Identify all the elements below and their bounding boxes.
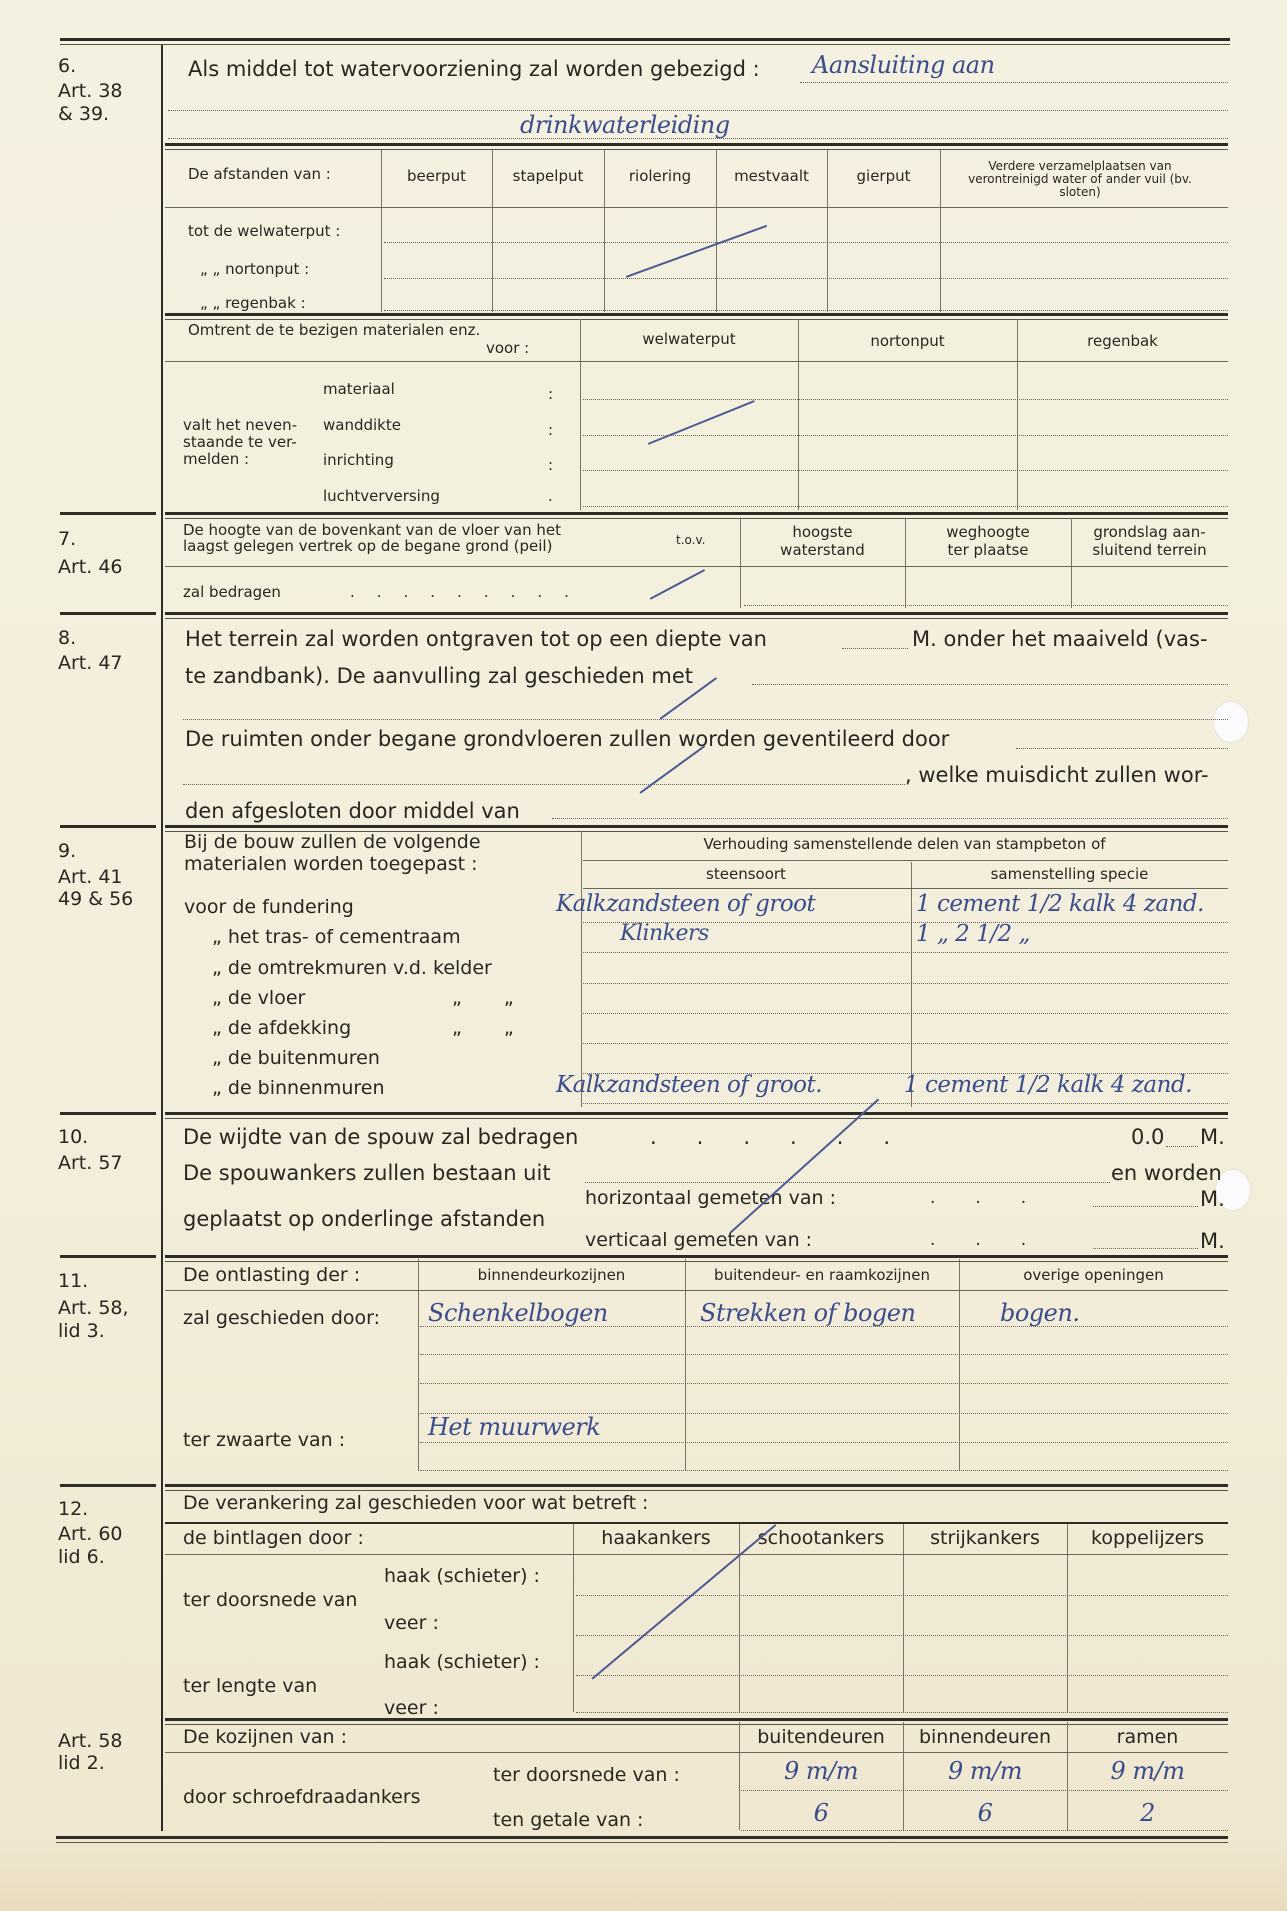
section-9-article2: 49 & 56 bbox=[58, 888, 133, 911]
steensoort-value[interactable]: Kalkzandsteen of groot bbox=[556, 891, 815, 917]
spouw-value[interactable]: 0.0 bbox=[1131, 1125, 1164, 1149]
col-buitendeurkozijnen: buitendeur- en raamkozijnen bbox=[685, 1267, 959, 1284]
rule bbox=[60, 825, 156, 828]
zwaarte-value[interactable]: Het muurwerk bbox=[428, 1414, 600, 1440]
col-nortonput: nortonput bbox=[798, 333, 1017, 350]
col-riolering: riolering bbox=[604, 168, 716, 185]
dotted-line bbox=[576, 1675, 1228, 1676]
dotted-line bbox=[183, 784, 905, 785]
row-luchtverversing: luchtverversing bbox=[323, 488, 440, 505]
rule bbox=[583, 888, 1228, 889]
dotted-line bbox=[576, 1712, 1228, 1713]
water-supply-value-2[interactable]: drinkwaterleiding bbox=[520, 112, 730, 138]
dotted-line bbox=[583, 1013, 1228, 1014]
s9-intro-1: Bij de bouw zullen de volgende bbox=[184, 832, 481, 852]
margin-divider bbox=[161, 44, 163, 1831]
dotted-line bbox=[1166, 1146, 1198, 1147]
col-koppelijzers: koppelijzers bbox=[1067, 1528, 1228, 1548]
section-12-number: 12. bbox=[58, 1498, 88, 1521]
dotted-line bbox=[583, 506, 1228, 507]
doorsnede-ramen[interactable]: 9 m/m bbox=[1067, 1758, 1228, 1784]
s8-line5: den afgesloten door middel van bbox=[185, 799, 520, 823]
s8-line3: De ruimten onder begane grondvloeren zul… bbox=[185, 727, 949, 751]
s10-unit-1: M. bbox=[1200, 1125, 1225, 1149]
section-12-article2: lid 6. bbox=[58, 1546, 105, 1569]
dotted-line bbox=[744, 605, 1228, 606]
punch-hole bbox=[1214, 702, 1248, 742]
rule bbox=[60, 1484, 156, 1487]
s10-unit-2: M. bbox=[1200, 1187, 1225, 1211]
section-10-number: 10. bbox=[58, 1126, 88, 1149]
section-9-number: 9. bbox=[58, 840, 76, 863]
col-line bbox=[940, 150, 941, 312]
dotted-line bbox=[420, 1383, 1228, 1384]
water-supply-value-1[interactable]: Aansluiting aan bbox=[812, 52, 995, 78]
material-row-label: „ het tras- of cementraam bbox=[212, 927, 461, 947]
art58-article2: lid 2. bbox=[58, 1752, 105, 1775]
distances-header: De afstanden van : bbox=[188, 166, 331, 183]
col-hoogste-2: waterstand bbox=[740, 542, 905, 559]
rule bbox=[60, 612, 156, 615]
section-10-article: Art. 57 bbox=[58, 1152, 123, 1175]
paper-edge bbox=[0, 1840, 1287, 1911]
col-haakankers: haakankers bbox=[573, 1528, 739, 1548]
lengte-label: ter lengte van bbox=[183, 1676, 317, 1696]
rule bbox=[165, 1718, 1228, 1725]
s9-intro-2: materialen worden toegepast : bbox=[184, 854, 478, 874]
row-wanddikte: wanddikte bbox=[323, 417, 401, 434]
rule bbox=[60, 512, 156, 515]
doorsnede-buitendeuren[interactable]: 9 m/m bbox=[739, 1758, 903, 1784]
col-steensoort: steensoort bbox=[581, 866, 911, 883]
ontlasting-binnendeur[interactable]: Schenkelbogen bbox=[428, 1300, 608, 1326]
dotted-line bbox=[1016, 748, 1228, 749]
rule bbox=[165, 1484, 1228, 1491]
ak-doorsnede-label: ter doorsnede van : bbox=[493, 1765, 680, 1785]
row-inrichting: inrichting bbox=[323, 452, 394, 469]
section-7-article: Art. 46 bbox=[58, 556, 123, 579]
col-grondslag-1: grondslag aan- bbox=[1071, 524, 1228, 541]
steensoort-value[interactable]: Kalkzandsteen of groot. bbox=[556, 1072, 822, 1098]
section-6-article2: & 39. bbox=[58, 103, 109, 126]
verankering-label: De verankering zal geschieden voor wat b… bbox=[183, 1493, 648, 1513]
section-9-article: Art. 41 bbox=[58, 866, 123, 889]
dotted-line bbox=[576, 1635, 1228, 1636]
col-specie: samenstelling specie bbox=[911, 866, 1228, 883]
doorsnede-label: ter doorsnede van bbox=[183, 1590, 357, 1610]
col-buitendeuren: buitendeuren bbox=[739, 1727, 903, 1747]
getale-buitendeuren[interactable]: 6 bbox=[739, 1800, 903, 1826]
rule bbox=[165, 512, 1228, 519]
ontlasting-label: De ontlasting der : bbox=[183, 1265, 360, 1285]
dotted-line bbox=[1093, 1248, 1198, 1249]
section-7-number: 7. bbox=[58, 528, 76, 551]
schroefdraad-label: door schroefdraadankers bbox=[183, 1787, 421, 1807]
materials-intro-2: staande te ver- bbox=[183, 434, 297, 451]
specie-value[interactable]: 1 „ 2 1/2 „ bbox=[916, 921, 1030, 947]
geschieden-label: zal geschieden door: bbox=[183, 1308, 380, 1328]
section-8-article: Art. 47 bbox=[58, 652, 123, 675]
art58-article: Art. 58 bbox=[58, 1730, 123, 1753]
col-hoogste-1: hoogste bbox=[740, 524, 905, 541]
col-line bbox=[573, 1524, 574, 1712]
rule bbox=[583, 860, 1228, 861]
col-verdere: Verdere verzamelplaatsen van verontreini… bbox=[965, 160, 1195, 199]
kozijnen-label: De kozijnen van : bbox=[183, 1727, 347, 1747]
material-row-label: „ de omtrekmuren v.d. kelder bbox=[212, 958, 492, 978]
rule bbox=[60, 1255, 156, 1258]
material-row-label: „ de afdekking bbox=[212, 1018, 351, 1038]
col-ramen: ramen bbox=[1067, 1727, 1228, 1747]
row-nortonput: „ „ nortonput : bbox=[200, 261, 309, 278]
rule bbox=[165, 1255, 1228, 1262]
s9-table-header: Verhouding samenstellende delen van stam… bbox=[581, 836, 1228, 853]
bottom-rule bbox=[56, 1836, 1228, 1843]
dotted-line bbox=[583, 983, 1228, 984]
ontlasting-overige[interactable]: bogen. bbox=[1000, 1300, 1079, 1326]
col-beerput: beerput bbox=[381, 168, 492, 185]
rule bbox=[165, 1522, 1228, 1524]
s10-verticaal: verticaal gemeten van : bbox=[585, 1230, 812, 1250]
dotted-line bbox=[183, 719, 1228, 720]
getale-binnendeuren[interactable]: 6 bbox=[903, 1800, 1067, 1826]
rule bbox=[165, 313, 1228, 320]
material-row-label: „ de buitenmuren bbox=[212, 1048, 380, 1068]
s10-line2-end: en worden bbox=[1111, 1161, 1222, 1185]
col-line bbox=[1067, 1524, 1068, 1712]
dotted-line bbox=[752, 684, 1228, 685]
col-binnendeuren: binnendeuren bbox=[903, 1727, 1067, 1747]
col-overige: overige openingen bbox=[959, 1267, 1228, 1284]
s8-line2: te zandbank). De aanvulling zal geschied… bbox=[185, 664, 693, 688]
dotted-line bbox=[741, 1830, 1228, 1831]
ak-getale-label: ten getale van : bbox=[493, 1810, 643, 1830]
dotted-line bbox=[1093, 1206, 1198, 1207]
rule bbox=[60, 1112, 156, 1115]
zwaarte-label: ter zwaarte van : bbox=[183, 1430, 345, 1450]
dotted-line bbox=[552, 818, 1228, 819]
row-regenbak: „ „ regenbak : bbox=[200, 295, 306, 312]
haak-label-2: haak (schieter) : bbox=[384, 1652, 540, 1672]
rule bbox=[165, 207, 1228, 208]
col-weghoogte-1: weghoogte bbox=[905, 524, 1071, 541]
form-page bbox=[0, 0, 1287, 1911]
dotted-line bbox=[741, 1790, 1228, 1791]
dotted-line bbox=[583, 1043, 1228, 1044]
material-row-label: voor de fundering bbox=[184, 897, 354, 917]
dotted-line bbox=[842, 648, 908, 649]
dotted-line bbox=[576, 1595, 1228, 1596]
col-mestvaalt: mestvaalt bbox=[716, 168, 827, 185]
materials-voor: voor : bbox=[486, 340, 529, 357]
rule bbox=[165, 1112, 1228, 1119]
dotted-line bbox=[585, 1182, 1110, 1183]
rule bbox=[165, 361, 1228, 362]
height-text-2: laagst gelegen vertrek op de begane gron… bbox=[183, 538, 552, 555]
row-materiaal: materiaal bbox=[323, 381, 395, 398]
section-8-number: 8. bbox=[58, 627, 76, 650]
materials-intro-1: valt het neven- bbox=[183, 417, 297, 434]
material-row-label: „ de binnenmuren bbox=[212, 1078, 385, 1098]
s10-horizontaal: horizontaal gemeten van : bbox=[585, 1188, 836, 1208]
veer-label-2: veer : bbox=[384, 1698, 439, 1718]
dotted-line bbox=[420, 1442, 1228, 1443]
col-weghoogte-2: ter plaatse bbox=[905, 542, 1071, 559]
specie-value[interactable]: 1 cement 1/2 kalk 4 zand. bbox=[904, 1072, 1192, 1098]
dotted-line bbox=[420, 1470, 1228, 1471]
section-6-number: 6. bbox=[58, 55, 76, 78]
materials-header: Omtrent de te bezigen materialen enz. bbox=[188, 322, 480, 339]
section-11-number: 11. bbox=[58, 1270, 88, 1293]
dotted-line bbox=[384, 242, 1228, 243]
col-welwaterput: welwaterput bbox=[580, 331, 798, 348]
section-11-article: Art. 58, bbox=[58, 1297, 129, 1320]
getale-ramen[interactable]: 2 bbox=[1067, 1800, 1228, 1826]
steensoort-value[interactable]: Klinkers bbox=[620, 921, 709, 947]
dotted-line bbox=[583, 952, 1228, 953]
rule bbox=[741, 1752, 1228, 1753]
col-grondslag-2: sluitend terrein bbox=[1071, 542, 1228, 559]
dotted-line bbox=[800, 82, 1228, 83]
ditto-marks: „ „ bbox=[452, 1018, 532, 1038]
ditto-marks: „ „ bbox=[452, 988, 532, 1008]
rule bbox=[165, 612, 1228, 619]
s10-line1: De wijdte van de spouw zal bedragen bbox=[183, 1125, 578, 1149]
s8-line1a: Het terrein zal worden ontgraven tot op … bbox=[185, 627, 767, 651]
col-gierput: gierput bbox=[827, 168, 940, 185]
rule bbox=[165, 566, 1228, 567]
tov-label: t.o.v. bbox=[676, 534, 705, 547]
dotted-line bbox=[583, 435, 1228, 436]
zal-bedragen: zal bedragen bbox=[183, 584, 281, 601]
row-welwaterput: tot de welwaterput : bbox=[188, 223, 340, 240]
col-line bbox=[903, 1524, 904, 1712]
s8-line1b: M. onder het maaiveld (vas- bbox=[912, 627, 1208, 651]
haak-label-1: haak (schieter) : bbox=[384, 1566, 540, 1586]
s10-unit-3: M. bbox=[1200, 1229, 1225, 1253]
s10-line3: geplaatst op onderlinge afstanden bbox=[183, 1207, 545, 1231]
doorsnede-binnendeuren[interactable]: 9 m/m bbox=[903, 1758, 1067, 1784]
specie-value[interactable]: 1 cement 1/2 kalk 4 zand. bbox=[916, 891, 1204, 917]
material-row-label: „ de vloer bbox=[212, 988, 305, 1008]
dotted-line bbox=[420, 1354, 1228, 1355]
col-stapelput: stapelput bbox=[492, 168, 604, 185]
s8-line4: , welke muisdicht zullen wor- bbox=[905, 763, 1209, 787]
col-strijkankers: strijkankers bbox=[903, 1528, 1067, 1548]
veer-label-1: veer : bbox=[384, 1613, 439, 1633]
dotted-line bbox=[583, 470, 1228, 471]
col-regenbak: regenbak bbox=[1017, 333, 1228, 350]
s10-line2: De spouwankers zullen bestaan uit bbox=[183, 1161, 551, 1185]
rule bbox=[165, 143, 1228, 150]
dotted-line bbox=[583, 399, 1228, 400]
section-12-article: Art. 60 bbox=[58, 1523, 123, 1546]
rule bbox=[165, 1554, 1228, 1555]
col-schootankers: schootankers bbox=[739, 1528, 903, 1548]
col-line bbox=[911, 862, 912, 1107]
dotted-line bbox=[384, 310, 1228, 311]
dotted-line bbox=[420, 1326, 1228, 1327]
rule bbox=[165, 1290, 1228, 1291]
dotted-line bbox=[384, 278, 1228, 279]
bintlagen-label: de bintlagen door : bbox=[183, 1528, 364, 1548]
dotted-line bbox=[583, 1103, 1228, 1104]
water-supply-label: Als middel tot watervoorziening zal word… bbox=[188, 57, 760, 81]
materials-intro-3: melden : bbox=[183, 451, 249, 468]
ontlasting-buitendeur[interactable]: Strekken of bogen bbox=[700, 1300, 915, 1326]
section-6-article: Art. 38 bbox=[58, 80, 123, 103]
section-11-article2: lid 3. bbox=[58, 1320, 105, 1343]
top-rule bbox=[60, 38, 1230, 45]
col-binnendeurkozijnen: binnendeurkozijnen bbox=[418, 1267, 685, 1284]
